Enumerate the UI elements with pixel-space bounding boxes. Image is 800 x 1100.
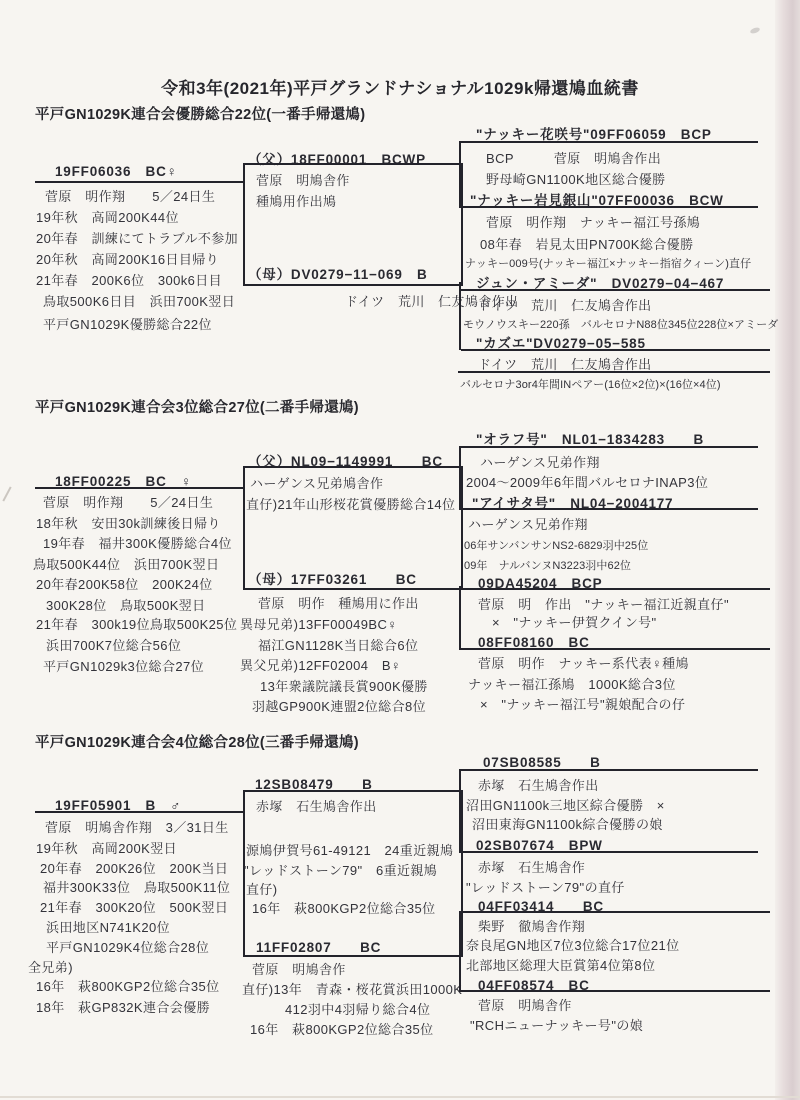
subject-record-line: 16年 萩800KGP2位総合35位 <box>36 976 220 995</box>
section-2-heading: 平戸GN1029K連合会3位総合27位(二番手帰還鳩) <box>35 396 359 417</box>
father-line: "レッドストーン79" 6重近親鳩 <box>244 860 437 879</box>
subject-record-line: 平戸GN1029k3位総合27位 <box>43 656 204 675</box>
subject-record-line: 鳥取500K6日目 浜田700K翌日 <box>43 291 235 310</box>
subject-record-line: 19年秋 高岡200K44位 <box>36 207 179 226</box>
grandparent-ring: "ナッキー花咲号"09FF06059 BCP <box>476 123 712 143</box>
subject-record-line: 20年秋 高岡200K16日目帰り <box>36 249 219 268</box>
subject-record-line: 18年 萩GP832K連合会優勝 <box>36 997 210 1016</box>
connector-line <box>461 648 770 650</box>
mother-line: 13年衆議院議長賞900K優勝 <box>260 676 428 695</box>
subject-ring: 19FF06036 BC♀ <box>55 160 178 180</box>
subject-record-line: 平戸GN1029K4位総合28位 <box>46 937 209 956</box>
connector-line <box>461 769 758 771</box>
grandparent-line: 柴野 徹鳩舎作翔 <box>478 916 585 935</box>
mother-ring: （母）DV0279−11−069 B <box>248 263 428 283</box>
subject-record-line: 21年春 300k19位鳥取500K25位 <box>36 614 237 633</box>
subject-record-line: 全兄弟) <box>28 957 73 976</box>
subject-record-line: 19年秋 高岡200K翌日 <box>36 838 177 857</box>
subject-record-line: 菅原 明作翔 5／24日生 <box>45 186 215 205</box>
section-1-heading: 平戸GN1029K連合会優勝総合22位(一番手帰還鳩) <box>35 103 365 124</box>
bracket-line <box>459 586 461 650</box>
grandparent-line: モウノウスキー220孫 バルセロナN88位345位228位×アミーダ <box>463 316 778 332</box>
grandparent-line: "RCHニューナッキー号"の娘 <box>470 1015 643 1034</box>
grandparent-line: "レッドストーン79"の直仔 <box>466 877 625 896</box>
grandparent-line: 野母崎GN1100K地区総合優勝 <box>486 169 666 188</box>
father-line: 直仔)21年山形桜花賞優勝総合14位 <box>246 494 455 513</box>
grandparent-line: 沼田GN1100k三地区綜合優勝 × <box>466 795 665 814</box>
document-title: 令和3年(2021年)平戸グランドナショナル1029k帰還鳩血統書 <box>161 74 639 99</box>
father-line: 源鳩伊賀号61-49121 24重近親鳩 <box>246 840 453 859</box>
grandparent-line: 06年サンバンサンNS2-6829羽中25位 <box>464 537 648 553</box>
mother-line: 412羽中4羽帰り総合4位 <box>285 999 430 1018</box>
grandparent-line: バルセロナ3or4年間INペアー(16位×2位)×(16位×4位) <box>460 376 721 392</box>
subject-record-line: 福井300K33位 鳥取500K11位 <box>43 877 230 896</box>
scan-artifact <box>2 486 11 501</box>
mother-ring: （母）17FF03261 BC <box>248 568 417 588</box>
section-3-heading: 平戸GN1029K連合会4位総合28位(三番手帰還鳩) <box>35 731 359 752</box>
subject-record-line: 21年春 200K6位 300k6日目 <box>36 270 222 289</box>
father-line: 種鳩用作出鳩 <box>256 191 336 210</box>
connector-line <box>461 990 770 992</box>
subject-record-line: 18年秋 安田30k訓練後日帰り <box>36 513 221 532</box>
mother-line: 異父兄弟)12FF02004 B♀ <box>240 655 401 674</box>
bracket-line <box>459 446 461 510</box>
mother-line: 羽越GP900K連盟2位総合8位 <box>252 696 426 715</box>
connector-line <box>461 446 758 448</box>
subject-record-line: 20年春200K58位 200K24位 <box>36 574 213 593</box>
subject-record-line: 20年春 訓練にてトラブル不参加 <box>36 228 238 247</box>
grandparent-line: × "ナッキー伊賀クイン号" <box>492 612 657 631</box>
connector-line <box>461 508 758 510</box>
mother-ring: 11FF02807 BC <box>256 936 381 956</box>
mother-line: 16年 萩800KGP2位総合35位 <box>250 1019 434 1038</box>
grandparent-line: 菅原 明 作出 "ナッキー福江近親直仔" <box>478 594 729 613</box>
grandparent-line: BCP 菅原 明鳩舎作出 <box>486 148 661 167</box>
mother-line: 直仔)13年 青森・桜花賞浜田1000K <box>242 979 462 998</box>
connector-line <box>461 206 758 208</box>
grandparent-ring: "オラフ号" NL01−1834283 B <box>476 428 704 448</box>
grandparent-line: 菅原 明作翔 ナッキー福江号孫鳩 <box>486 212 700 231</box>
grandparent-line: 北部地区総理大臣賞第4位第8位 <box>466 955 655 974</box>
grandparent-line: ドイツ 荒川 仁友鳩舎作出 <box>478 295 652 314</box>
grandparent-line: 菅原 明鳩舎作 <box>478 995 572 1014</box>
father-line: 直仔) <box>246 879 278 898</box>
father-line: 菅原 明鳩舎作 <box>256 170 350 189</box>
grandparent-line: 沼田東海GN1100k綜合優勝の娘 <box>472 814 663 833</box>
subject-record-line: 浜田地区N741K20位 <box>46 917 170 936</box>
connector-line <box>458 371 770 373</box>
subject-record-line: 菅原 明鳩舎作翔 3／31日生 <box>45 817 229 836</box>
father-line: 16年 萩800KGP2位総合35位 <box>252 898 436 917</box>
bracket-line <box>459 911 461 992</box>
subject-record-line: 菅原 明作翔 5／24日生 <box>43 492 213 511</box>
bracket-line <box>459 769 461 853</box>
connector-line <box>461 141 758 143</box>
grandparent-line: × "ナッキー福江号"親娘配合の仔 <box>480 694 685 713</box>
connector-line <box>461 851 758 853</box>
bracket-line <box>459 282 461 350</box>
grandparent-line: ハーゲンス兄弟作翔 <box>480 452 600 471</box>
scan-edge-band <box>775 0 800 1100</box>
subject-record-line: 平戸GN1029K優勝総合22位 <box>43 314 212 333</box>
bracket-line <box>459 141 461 208</box>
grandparent-line: 09年 ナルバンヌN3223羽中62位 <box>464 557 631 573</box>
grandparent-line: 赤塚 石生鳩舎作 <box>478 857 585 876</box>
subject-record-line: 19年春 福井300K優勝総合4位 <box>43 533 232 552</box>
grandparent-line: ナッキー福江孫鳩 1000K総合3位 <box>468 674 676 693</box>
subject-record-line: 浜田700K7位総合56位 <box>46 635 181 654</box>
subject-record-line: 20年春 200K26位 200K当日 <box>40 858 228 877</box>
scan-bottom-line <box>0 1096 800 1098</box>
mother-line: 菅原 明鳩舎作 <box>252 959 346 978</box>
connector-line <box>461 289 770 291</box>
scan-artifact <box>749 26 760 34</box>
connector-line <box>35 811 243 813</box>
grandparent-ring: 07SB08585 B <box>483 751 601 771</box>
subject-record-line: 21年春 300K20位 500K翌日 <box>40 897 228 916</box>
mother-line: 菅原 明作 種鳩用に作出 <box>258 593 419 612</box>
connector-line <box>35 487 243 489</box>
connector-line <box>461 349 770 351</box>
pedigree-document: 令和3年(2021年)平戸グランドナショナル1029k帰還鳩血統書 平戸GN10… <box>0 0 800 1100</box>
connector-line <box>461 911 770 913</box>
grandparent-line: 08年春 岩見太田PN700K総合優勝 <box>480 234 693 253</box>
mother-line: 福江GN1128K当日総合6位 <box>258 635 418 654</box>
father-line: 赤塚 石生鳩舎作出 <box>256 796 377 815</box>
subject-record-line: 鳥取500K44位 浜田700K翌日 <box>33 554 219 573</box>
grandparent-line: 2004〜2009年6年間バルセロナINAP3位 <box>466 472 708 491</box>
father-line: ハーゲンス兄弟鳩舎作 <box>250 473 383 492</box>
grandparent-line: ナッキー009号(ナッキー福江×ナッキー指宿クィーン)直仔 <box>465 255 751 271</box>
grandparent-line: ハーゲンス兄弟作翔 <box>468 514 588 533</box>
grandparent-line: 菅原 明作 ナッキー系代表♀種鳩 <box>478 653 689 672</box>
subject-record-line: 300K28位 鳥取500K翌日 <box>46 595 206 614</box>
connector-line <box>461 588 770 590</box>
connector-line <box>35 181 243 183</box>
mother-line: 異母兄弟)13FF00049BC♀ <box>240 614 397 633</box>
grandparent-line: 赤塚 石生鳩舎作出 <box>478 775 599 794</box>
grandparent-line: 奈良尾GN地区7位3位総合17位21位 <box>466 935 679 954</box>
